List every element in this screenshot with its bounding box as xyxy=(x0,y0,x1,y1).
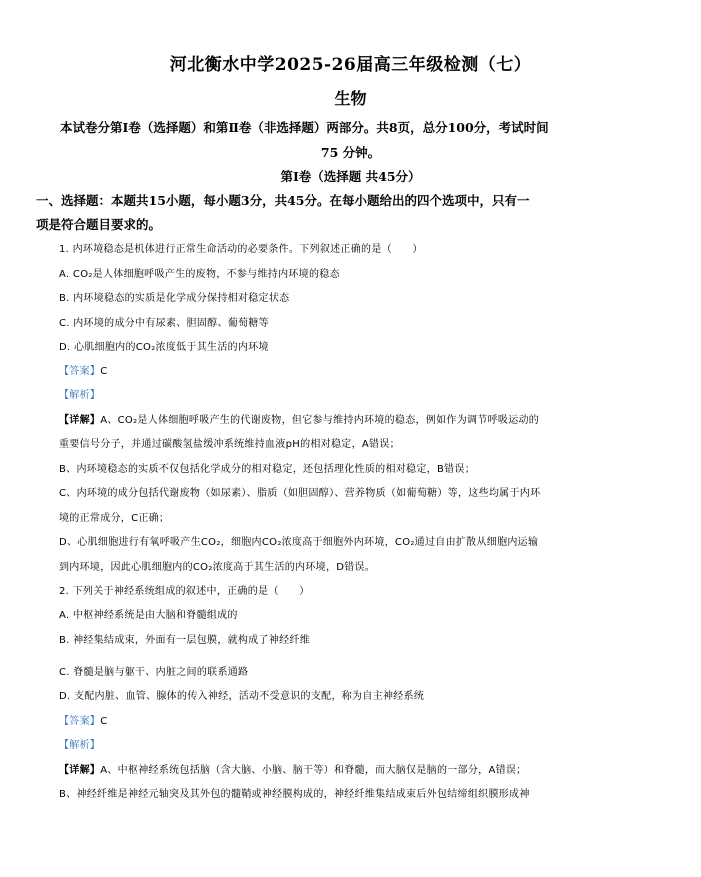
question-2-detail-line-1: 【详解】A、中枢神经系统包括脑（含大脑、小脑、脑干等）和脊髓，而大脑仅是脑的一部… xyxy=(59,761,526,776)
question-2-option-c: C. 脊髓是脑与躯干、内脏之间的联系通路 xyxy=(59,663,248,678)
answer-tag: 【答案】 xyxy=(59,366,100,377)
detail-tag: 【详解】 xyxy=(59,765,100,776)
part-instructions-line-1: 一、选择题：本题共15小题，每小题3分，共45分。在每小题给出的四个选项中，只有… xyxy=(36,191,530,209)
question-2-answer: 【答案】C xyxy=(59,712,108,727)
answer-value: C xyxy=(100,716,107,727)
instructions-line-1: 本试卷分第Ⅰ卷（选择题）和第Ⅱ卷（非选择题）两部分。共8页，总分100分，考试时… xyxy=(60,118,549,136)
question-2-option-b: B. 神经集结成束，外面有一层包膜，就构成了神经纤维 xyxy=(59,631,310,646)
question-1-option-a: A. CO₂是人体细胞呼吸产生的废物，不参与维持内环境的稳态 xyxy=(59,265,340,280)
question-1-detail-line-7: 到内环境，因此心肌细胞内的CO₂浓度高于其生活的内环境，D错误。 xyxy=(59,558,375,573)
question-1-detail-line-1: 【详解】A、CO₂是人体细胞呼吸产生的代谢废物，但它参与维持内环境的稳态，例如作… xyxy=(59,411,539,426)
question-1-option-d: D. 心肌细胞内的CO₂浓度低于其生活的内环境 xyxy=(59,338,269,353)
question-1-option-c: C. 内环境的成分中有尿素、胆固醇、葡萄糖等 xyxy=(59,314,269,329)
question-1-detail-line-6: D、心肌细胞进行有氧呼吸产生CO₂，细胞内CO₂浓度高于细胞外内环境，CO₂通过… xyxy=(59,533,538,548)
question-1-analysis-tag: 【解析】 xyxy=(59,386,100,401)
exam-title: 河北衡水中学2025-26届高三年级检测（七） xyxy=(0,50,701,75)
question-2-analysis-tag: 【解析】 xyxy=(59,736,100,751)
question-1-detail-line-3: B、内环境稳态的实质不仅包括化学成分的相对稳定，还包括理化性质的相对稳定，B错误… xyxy=(59,460,475,475)
instructions-line-2: 75 分钟。 xyxy=(0,143,701,161)
question-2-stem: 2. 下列关于神经系统组成的叙述中，正确的是（ ） xyxy=(59,582,310,597)
question-2-option-d: D. 支配内脏、血管、腺体的传入神经，活动不受意识的支配，称为自主神经系统 xyxy=(59,687,424,702)
answer-value: C xyxy=(100,366,107,377)
document-page: 河北衡水中学2025-26届高三年级检测（七） 生物 本试卷分第Ⅰ卷（选择题）和… xyxy=(0,0,701,877)
question-1-detail-line-4: C、内环境的成分包括代谢废物（如尿素）、脂质（如胆固醇）、营养物质（如葡萄糖）等… xyxy=(59,484,540,499)
question-1-detail-line-5: 境的正常成分，C正确； xyxy=(59,509,169,524)
subject-title: 生物 xyxy=(0,86,701,109)
answer-tag: 【答案】 xyxy=(59,716,100,727)
question-1-option-b: B. 内环境稳态的实质是化学成分保持相对稳定状态 xyxy=(59,289,289,304)
detail-text: A、CO₂是人体细胞呼吸产生的代谢废物，但它参与维持内环境的稳态，例如作为调节呼… xyxy=(100,415,539,426)
part-instructions-line-2: 项是符合题目要求的。 xyxy=(36,215,161,233)
question-2-option-a: A. 中枢神经系统是由大脑和脊髓组成的 xyxy=(59,606,238,621)
question-1-stem: 1. 内环境稳态是机体进行正常生命活动的必要条件。下列叙述正确的是（ ） xyxy=(59,240,423,255)
detail-tag: 【详解】 xyxy=(59,415,100,426)
question-1-detail-line-2: 重要信号分子，并通过碳酸氢盐缓冲系统维持血液pH的相对稳定，A错误； xyxy=(59,435,400,450)
section-title: 第Ⅰ卷（选择题 共45分） xyxy=(0,167,701,185)
question-1-answer: 【答案】C xyxy=(59,362,108,377)
question-2-detail-line-2: B、神经纤维是神经元轴突及其外包的髓鞘或神经膜构成的，神经纤维集结成束后外包结缔… xyxy=(59,785,530,800)
detail-text: A、中枢神经系统包括脑（含大脑、小脑、脑干等）和脊髓，而大脑仅是脑的一部分，A错… xyxy=(100,765,526,776)
